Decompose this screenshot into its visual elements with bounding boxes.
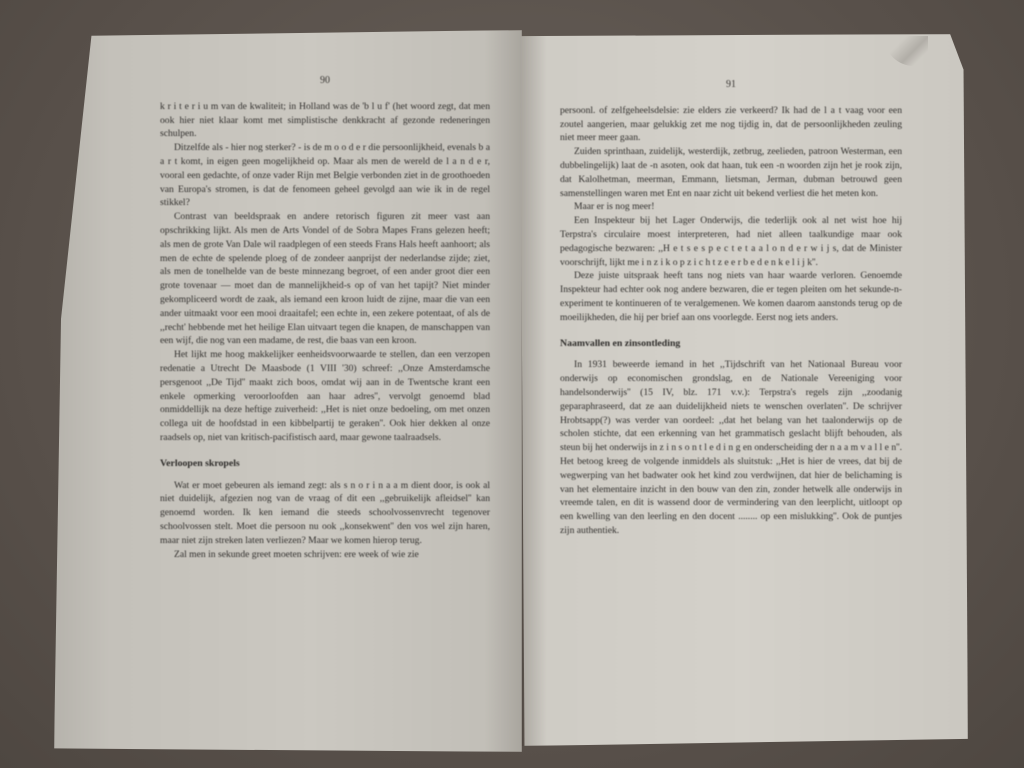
- right-section-heading: Naamvallen en zinsontleding: [560, 337, 902, 351]
- right-section-paragraph-1: In 1931 beweerde iemand in het ,,Tijdsch…: [560, 358, 902, 537]
- right-paragraph-1: persoonl. of zelfgeheelsdelsie: zie elde…: [560, 104, 902, 145]
- left-page: 90 k r i t e r i u m van de kwaliteit; i…: [54, 30, 522, 752]
- left-paragraph-2: Ditzelfde als - hier nog sterker? - is d…: [160, 141, 490, 210]
- page-number-left: 90: [160, 74, 490, 88]
- page-number-right: 91: [560, 78, 902, 92]
- left-paragraph-1: k r i t e r i u m van de kwaliteit; in H…: [160, 100, 490, 141]
- left-section-paragraph-2: Zal men in sekunde greet moeten schrijve…: [160, 548, 490, 562]
- left-section-heading: Verloopen skropels: [160, 457, 490, 471]
- right-paragraph-5: Deze juiste uitspraak heeft tans nog nie…: [560, 269, 902, 324]
- right-paragraph-3: Maar er is nog meer!: [560, 200, 902, 214]
- left-paragraph-3: Contrast van beeldspraak en andere retor…: [160, 210, 490, 348]
- right-paragraph-2: Zuiden sprinthaan, zuidelijk, westerdijk…: [560, 145, 902, 200]
- left-section-paragraph-1: Wat er moet gebeuren als iemand zegt: al…: [160, 479, 490, 548]
- right-page: 91 persoonl. of zelfgeheelsdelsie: zie e…: [520, 34, 968, 746]
- right-paragraph-4: Een Inspekteur bij het Lager Onderwijs, …: [560, 214, 902, 269]
- left-paragraph-4: Het lijkt me hoog makkelijker eenheidsvo…: [160, 348, 490, 445]
